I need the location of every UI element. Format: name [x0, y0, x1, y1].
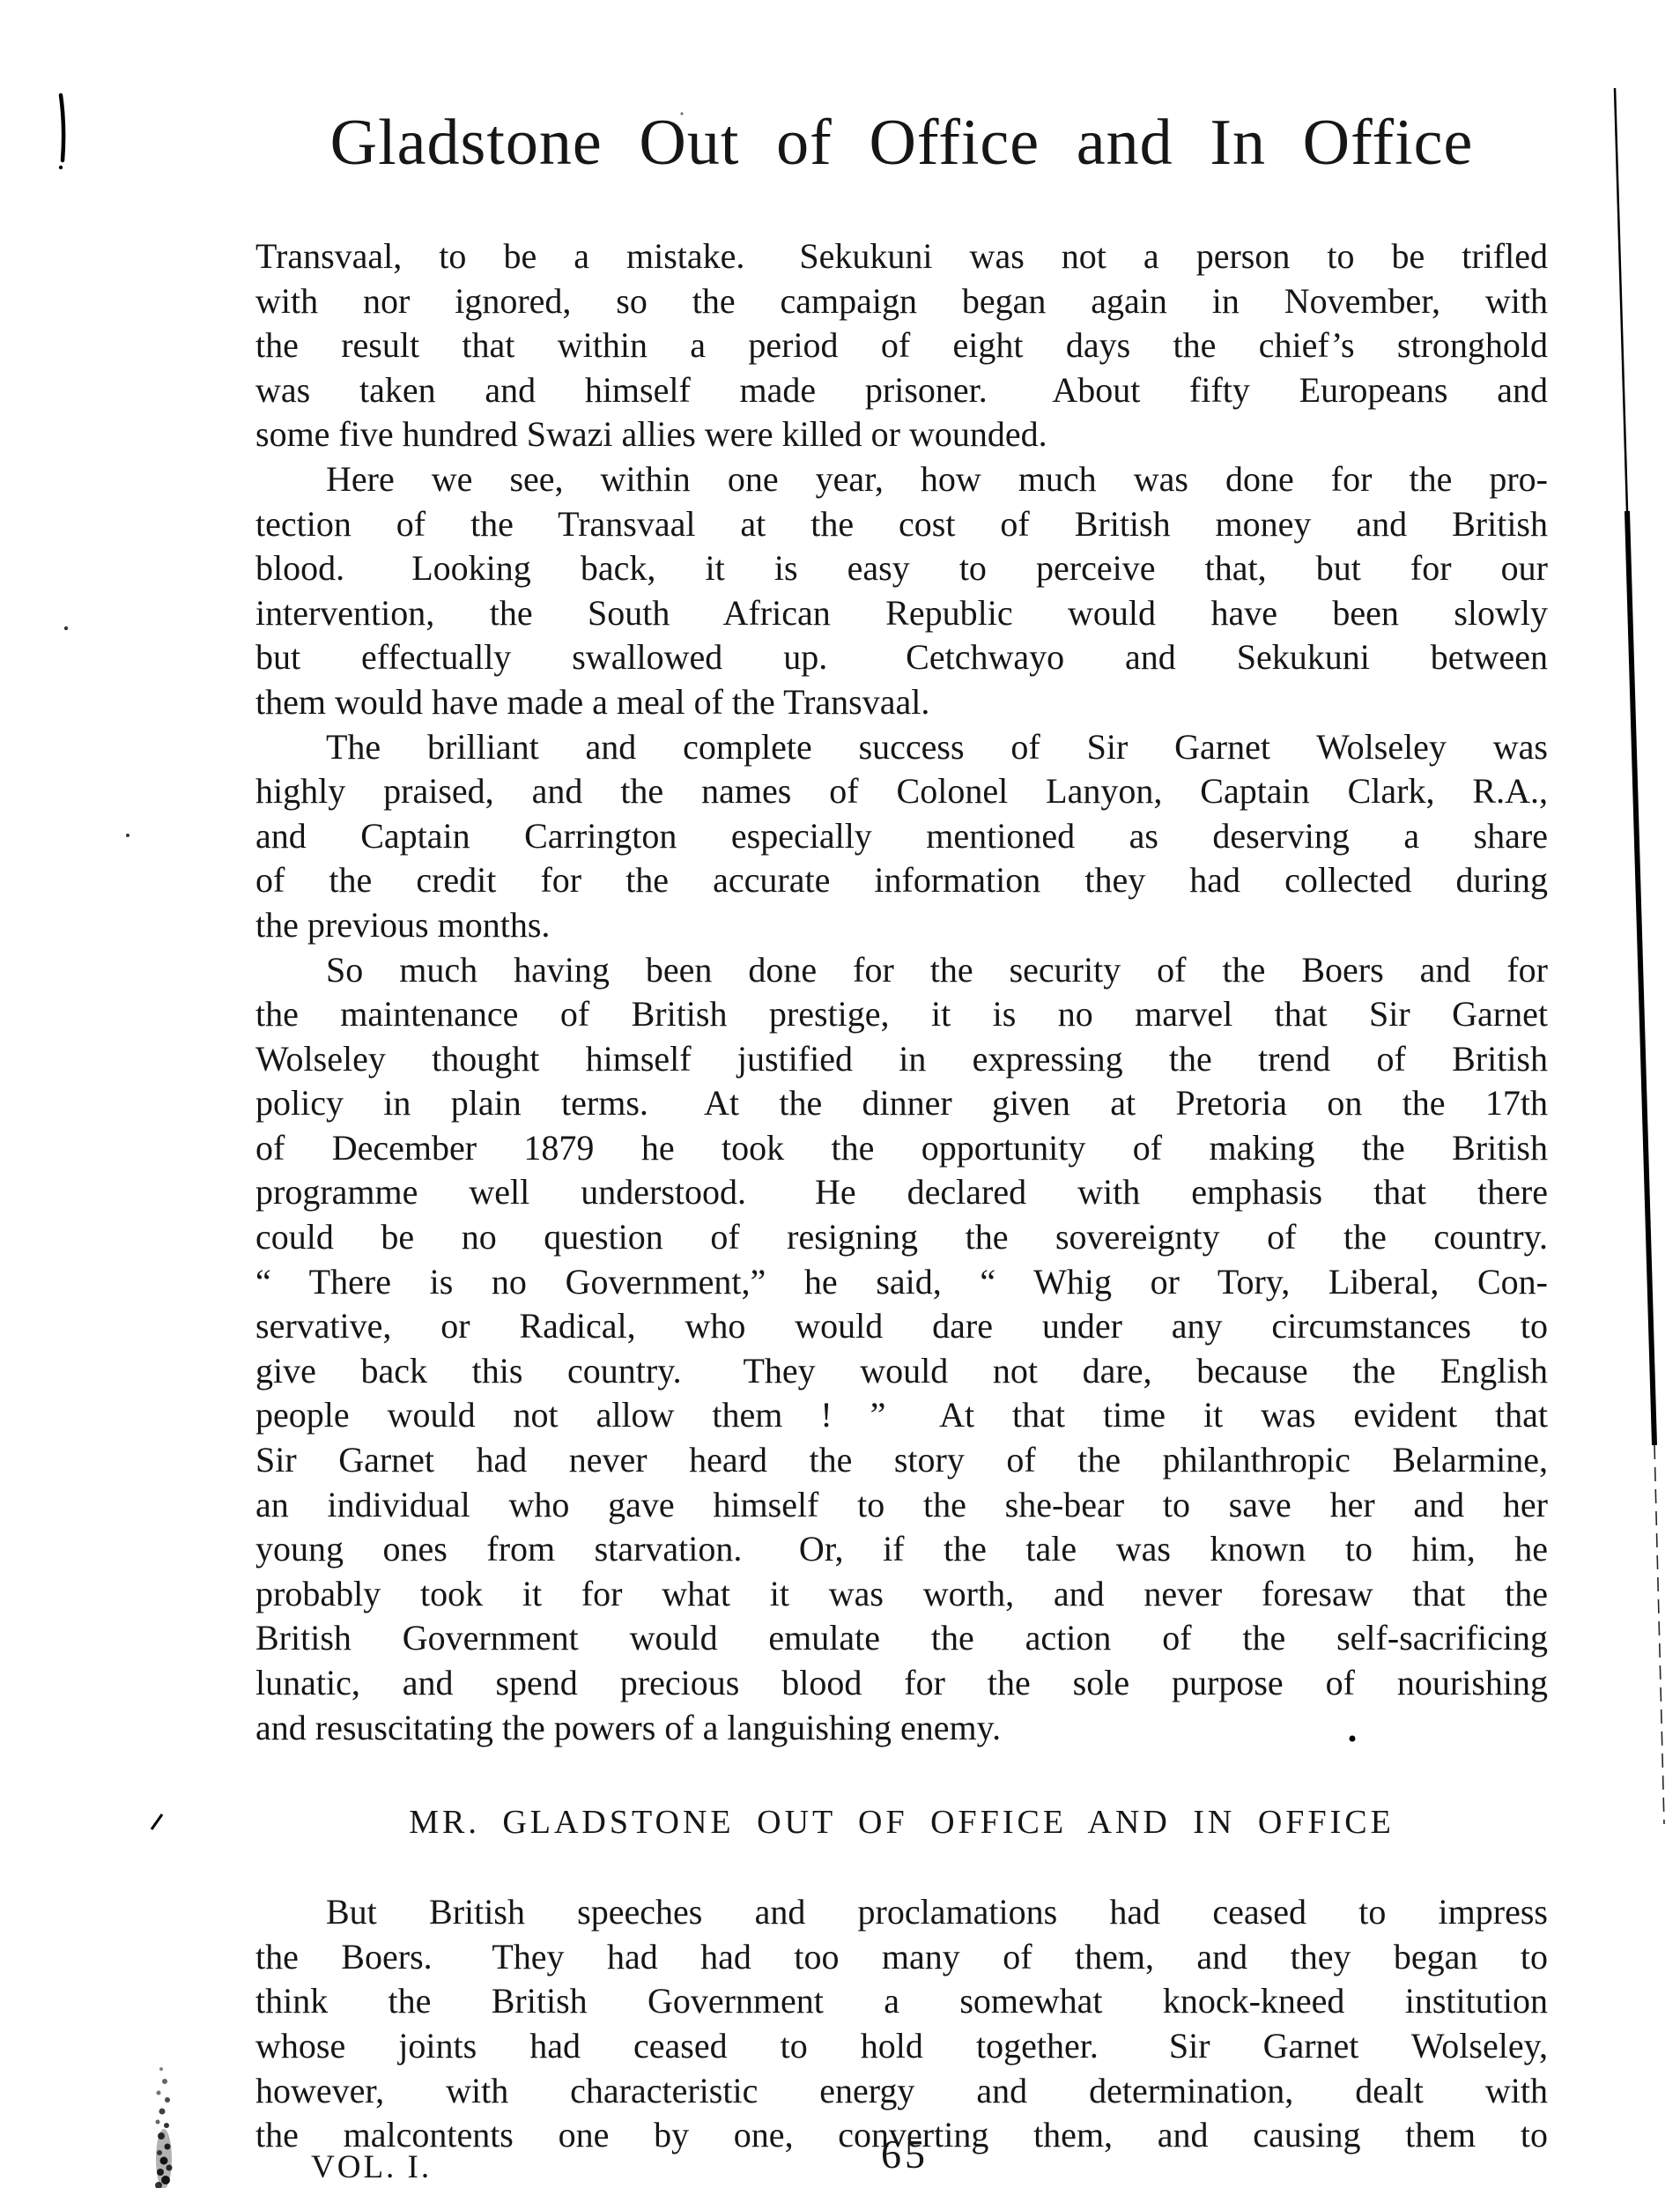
scan-artifact-ink-dot [59, 166, 63, 169]
scan-artifact-speck [126, 834, 130, 837]
text-line: Wolseley thought himself justified in ex… [255, 1037, 1548, 1082]
scan-artifact-ink-stroke [61, 95, 63, 160]
text-line: give back this country. They would not d… [255, 1349, 1548, 1394]
scanned-page: Gladstone Out of Office and In Office Tr… [0, 0, 1680, 2188]
paragraph: Here we see, within one year, how much w… [255, 457, 1548, 725]
text-line: however, with characteristic energy and … [255, 2069, 1548, 2114]
text-line: Transvaal, to be a mistake. Sekukuni was… [255, 234, 1548, 279]
text-line: The brilliant and complete success of Si… [255, 725, 1548, 770]
text-line: British Government would emulate the act… [255, 1616, 1548, 1661]
text-line: think the British Government a somewhat … [255, 1979, 1548, 2024]
text-line: “ There is no Government,” he said, “ Wh… [255, 1260, 1548, 1305]
scan-artifact-speck [64, 627, 68, 630]
text-line: and resuscitating the powers of a langui… [255, 1706, 1548, 1751]
text-line: programme well understood. He declared w… [255, 1170, 1548, 1215]
scan-artifact-page-edge-line [1654, 1445, 1664, 1824]
text-line: intervention, the South African Republic… [255, 591, 1548, 636]
text-line: with nor ignored, so the campaign began … [255, 279, 1548, 324]
text-line: an individual who gave himself to the sh… [255, 1483, 1548, 1528]
text-line: of December 1879 he took the opportunity… [255, 1126, 1548, 1171]
body-text: Transvaal, to be a mistake. Sekukuni was… [255, 234, 1548, 2158]
scan-artifact-page-edge-line [1615, 88, 1627, 511]
text-line: highly praised, and the names of Colonel… [255, 769, 1548, 814]
chapter-title: Gladstone Out of Office and In Office [255, 102, 1548, 183]
text-line: and Captain Carrington especially mentio… [255, 814, 1548, 859]
text-line: policy in plain terms. At the dinner giv… [255, 1081, 1548, 1126]
page-number: 65 [881, 2131, 978, 2173]
scan-artifact-page-edge-line [1627, 511, 1654, 1445]
section-heading: MR. GLADSTONE OUT OF OFFICE AND IN OFFIC… [255, 1800, 1548, 1844]
paragraph: But British speeches and proclamations h… [255, 1890, 1548, 2158]
text-line: could be no question of resigning the so… [255, 1215, 1548, 1260]
text-line: tection of the Transvaal at the cost of … [255, 502, 1548, 547]
text-line: Sir Garnet had never heard the story of … [255, 1438, 1548, 1483]
text-line: servative, or Radical, who would dare un… [255, 1304, 1548, 1349]
paragraph: So much having been done for the securit… [255, 948, 1548, 1751]
text-line: blood. Looking back, it is easy to perce… [255, 546, 1548, 591]
text-line: but effectually swallowed up. Cetchwayo … [255, 635, 1548, 680]
text-line: the maintenance of British prestige, it … [255, 992, 1548, 1037]
text-line: But British speeches and proclamations h… [255, 1890, 1548, 1935]
text-line: was taken and himself made prisoner. Abo… [255, 368, 1548, 413]
text-line: of the credit for the accurate informati… [255, 858, 1548, 903]
text-line: them would have made a meal of the Trans… [255, 680, 1548, 725]
text-line: the previous months. [255, 903, 1548, 948]
volume-label: VOL. I. [311, 2148, 432, 2186]
scan-artifact-smudge [155, 2067, 173, 2188]
text-line: people would not allow them ! ” At that … [255, 1393, 1548, 1438]
text-line: the Boers. They had had too many of them… [255, 1935, 1548, 1980]
text-line: some five hundred Swazi allies were kill… [255, 412, 1548, 457]
text-line: whose joints had ceased to hold together… [255, 2024, 1548, 2069]
text-line: young ones from starvation. Or, if the t… [255, 1527, 1548, 1572]
paragraph: Transvaal, to be a mistake. Sekukuni was… [255, 234, 1548, 457]
text-line: the result that within a period of eight… [255, 323, 1548, 368]
text-line: lunatic, and spend precious blood for th… [255, 1661, 1548, 1706]
text-line: Here we see, within one year, how much w… [255, 457, 1548, 502]
text-line: probably took it for what it was worth, … [255, 1572, 1548, 1617]
scan-artifact-slash-mark [152, 1814, 162, 1829]
paragraph: The brilliant and complete success of Si… [255, 725, 1548, 948]
text-line: So much having been done for the securit… [255, 948, 1548, 993]
